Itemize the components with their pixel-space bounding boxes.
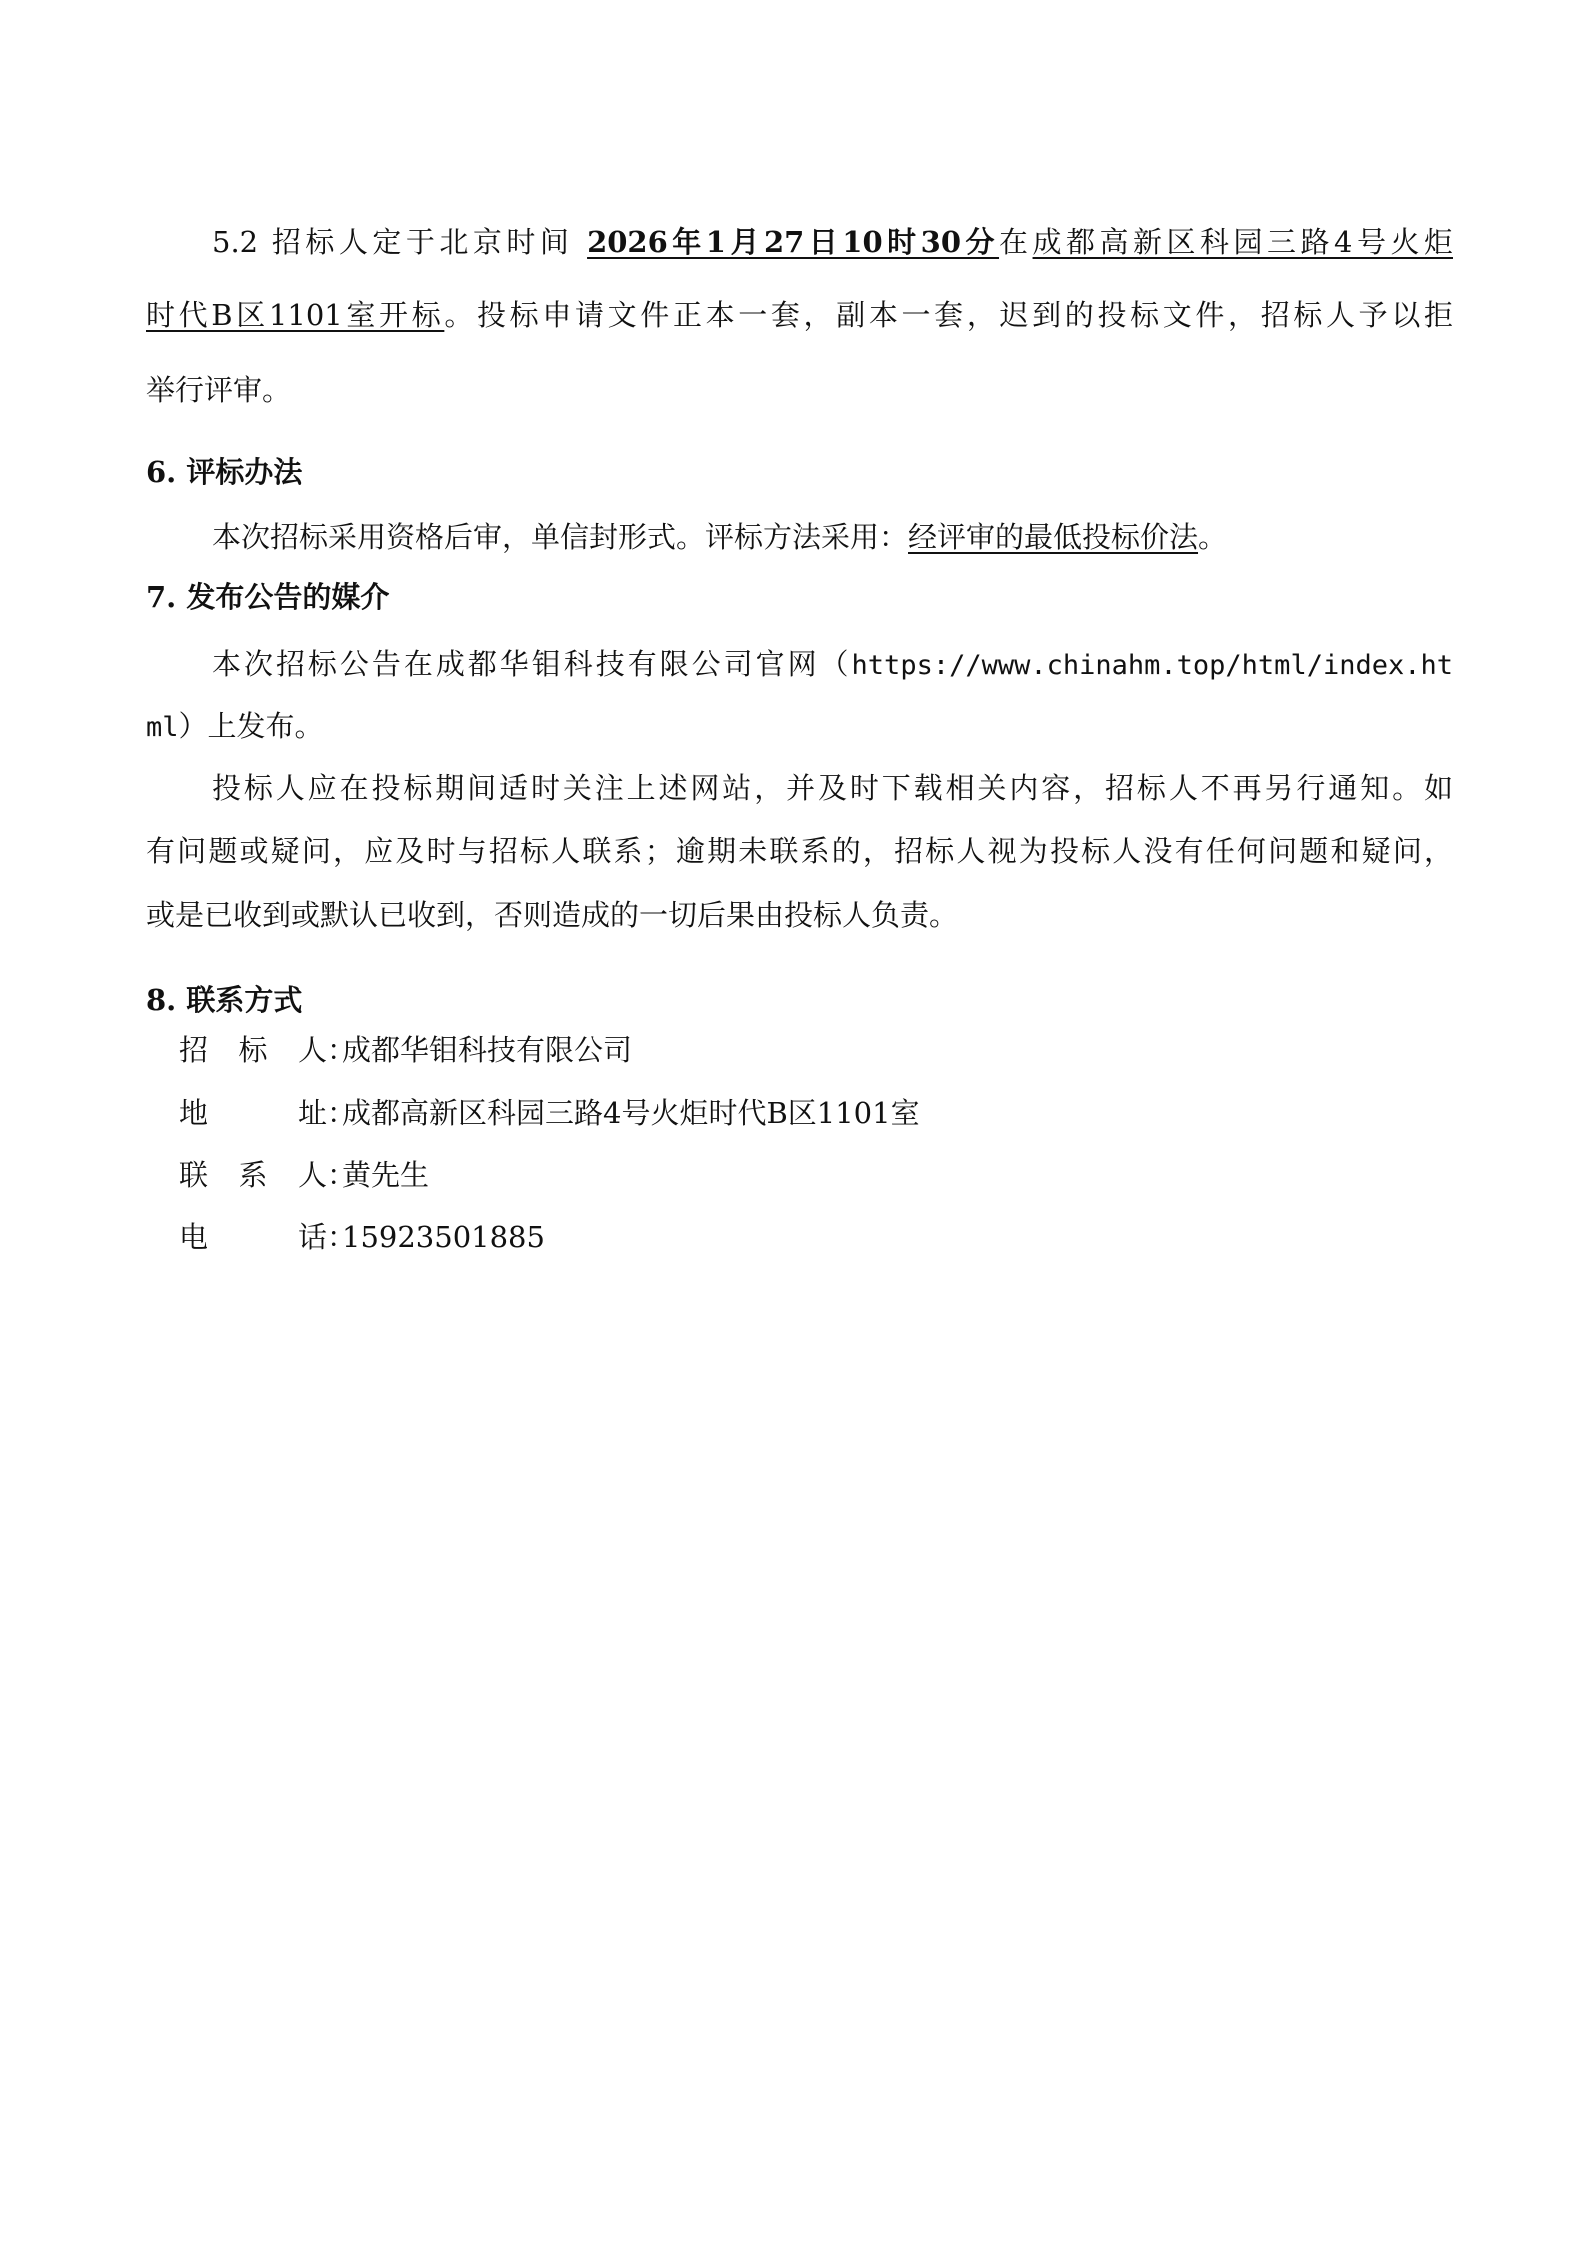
contact-row-tenderer: 招标人：成都华钼科技有限公司 <box>179 1032 632 1068</box>
contact-row-address: 地址：成都高新区科园三路4号火炬时代B区1101室 <box>179 1095 920 1131</box>
section-5-2-line-1: 5.2 招标人定于北京时间 2026年1月27日10时30分在成都高新区科园三路… <box>212 224 1453 260</box>
section-7-para2-line3: 或是已收到或默认已收到，否则造成的一切后果由投标人负责。 <box>146 897 958 933</box>
section-8-heading: 8. 联系方式 <box>146 982 302 1018</box>
evaluation-method: 经评审的最低投标价法 <box>908 520 1198 554</box>
colon: ： <box>327 1157 342 1193</box>
section-5-2-prefix: 5.2 招标人定于北京时间 <box>212 225 587 259</box>
section-7-para2-line1: 投标人应在投标期间适时关注上述网站，并及时下载相关内容，招标人不再另行通知。如 <box>212 770 1453 806</box>
contact-label: 联系人 <box>179 1157 327 1193</box>
section-7-para1-end: ）上发布。 <box>179 709 324 743</box>
bid-opening-location-part1: 成都高新区科园三路4号火炬 <box>1033 225 1453 259</box>
contact-value: 成都华钼科技有限公司 <box>342 1033 632 1067</box>
contact-label: 地址 <box>179 1095 327 1131</box>
section-6-body-suffix: 。 <box>1198 520 1227 554</box>
bid-opening-datetime: 2026年1月27日10时30分 <box>587 225 999 259</box>
connector-text: 在 <box>999 225 1033 259</box>
section-5-2-line-3: 举行评审。 <box>146 372 291 408</box>
colon: ： <box>327 1095 342 1131</box>
section-7-heading: 7. 发布公告的媒介 <box>146 579 389 615</box>
section-7-para1-text: 本次招标公告在成都华钼科技有限公司官网（ <box>212 647 852 681</box>
contact-label: 招标人 <box>179 1032 327 1068</box>
contact-row-person: 联系人：黄先生 <box>179 1157 429 1193</box>
section-5-2-line-2: 时代B区1101室开标。投标申请文件正本一套，副本一套，迟到的投标文件，招标人予… <box>146 297 1453 333</box>
contact-value: 成都高新区科园三路4号火炬时代B区1101室 <box>342 1096 920 1130</box>
contact-label: 电话 <box>179 1219 327 1255</box>
colon: ： <box>327 1219 342 1255</box>
section-6-body-prefix: 本次招标采用资格后审，单信封形式。评标方法采用： <box>212 520 908 554</box>
section-6-body: 本次招标采用资格后审，单信封形式。评标方法采用：经评审的最低投标价法。 <box>212 519 1227 555</box>
website-url-continued[interactable]: ml <box>146 712 179 743</box>
section-7-para2-line2: 有问题或疑问，应及时与招标人联系；逾期未联系的，招标人视为投标人没有任何问题和疑… <box>146 833 1453 869</box>
section-7-para1-line2: ml）上发布。 <box>146 708 324 746</box>
section-5-2-rest: 。投标申请文件正本一套，副本一套，迟到的投标文件，招标人予以拒 <box>444 298 1453 332</box>
website-url[interactable]: https://www.chinahm.top/html/index.ht <box>852 650 1453 681</box>
section-7-para1-line1: 本次招标公告在成都华钼科技有限公司官网（https://www.chinahm.… <box>212 646 1453 684</box>
phone-number: 15923501885 <box>342 1220 545 1254</box>
bid-opening-location-part2: 时代B区1101室开标 <box>146 298 444 332</box>
section-6-heading: 6. 评标办法 <box>146 454 302 490</box>
contact-value: 黄先生 <box>342 1158 429 1192</box>
contact-row-phone: 电话：15923501885 <box>179 1219 545 1255</box>
colon: ： <box>327 1032 342 1068</box>
